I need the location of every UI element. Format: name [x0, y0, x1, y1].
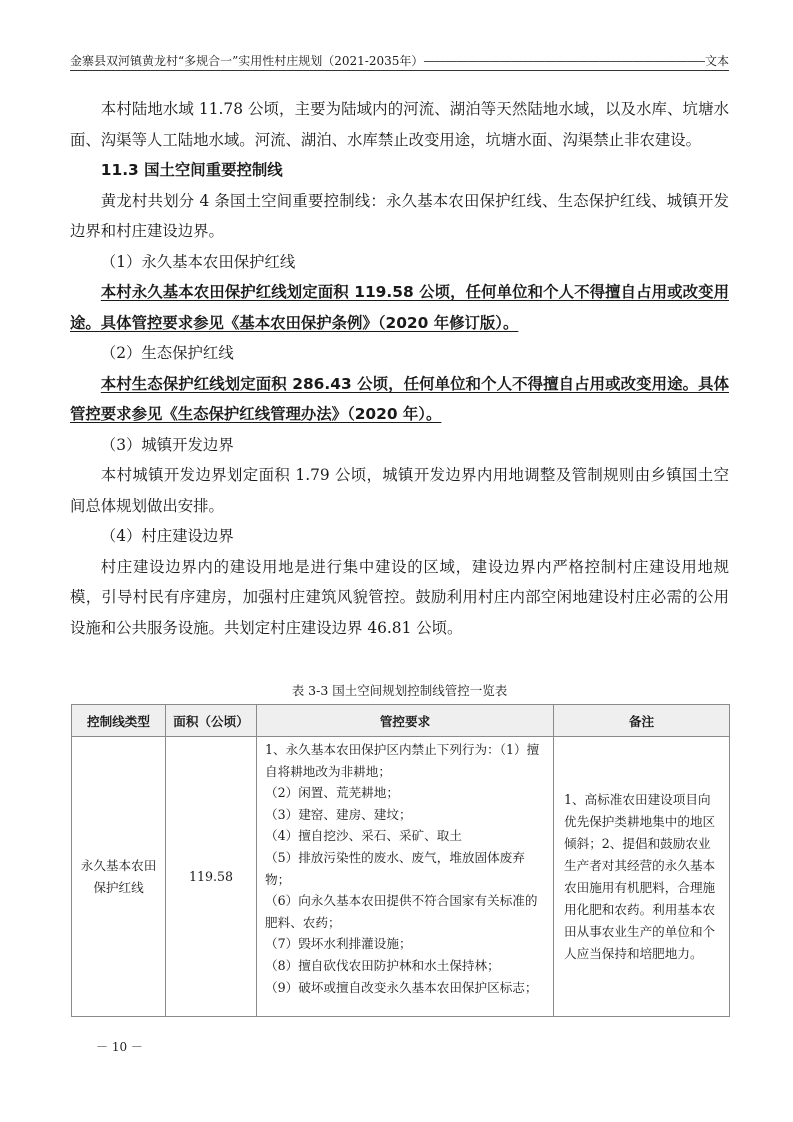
requirement-item: （4）擅自挖沙、采石、采矿、取土 [265, 825, 547, 847]
requirement-item: （8）擅自砍伐农田防护林和水土保持林； [265, 955, 547, 977]
running-header: 金寨县双河镇黄龙村“多规合一”实用性村庄规划（2021-2035年） —————… [70, 52, 729, 71]
paragraph-intro: 黄龙村共划分 4 条国土空间重要控制线：永久基本农田保护红线、生态保护红线、城镇… [70, 186, 729, 247]
section-label: 文本 [705, 52, 729, 70]
requirement-item: （2）闲置、荒芜耕地； [265, 782, 547, 804]
requirement-item: （5）排放污染性的废水、废气，堆放固体废弃物； [265, 847, 547, 890]
column-header-notes: 备注 [554, 705, 730, 737]
cell-notes: 1、高标准农田建设项目向优先保护类耕地集中的地区倾斜；2、提倡和鼓励农业生产者对… [554, 737, 730, 1017]
requirement-item: （7）毁坏水利排灌设施； [265, 933, 547, 955]
section-heading: 11.3 国土空间重要控制线 [70, 155, 729, 186]
page-number: － 10 － [96, 1038, 143, 1055]
page-body: 本村陆地水域 11.78 公顷，主要为陆域内的河流、湖泊等天然陆地水域，以及水库… [70, 94, 729, 643]
subheading-village-boundary: （4）村庄建设边界 [70, 521, 729, 552]
control-lines-table: 控制线类型 面积（公顷） 管控要求 备注 永久基本农田保护红线 119.58 1… [71, 704, 730, 1017]
requirement-item: （9）破坏或擅自改变永久基本农田保护区标志； [265, 977, 547, 999]
table-caption: 表 3-3 国土空间规划控制线管控一览表 [70, 682, 729, 700]
cell-area: 119.58 [166, 737, 257, 1017]
cell-type-text: 永久基本农田保护红线 [81, 858, 157, 895]
subheading-ecological: （2）生态保护红线 [70, 338, 729, 369]
subheading-urban-boundary: （3）城镇开发边界 [70, 430, 729, 461]
paragraph-village-boundary: 村庄建设边界内的建设用地是进行集中建设的区域，建设边界内严格控制村庄建设用地规模… [70, 552, 729, 644]
paragraph-water: 本村陆地水域 11.78 公顷，主要为陆域内的河流、湖泊等天然陆地水域，以及水库… [70, 94, 729, 155]
document-title: 金寨县双河镇黄龙村“多规合一”实用性村庄规划（2021-2035年） [70, 52, 423, 70]
table-header-row: 控制线类型 面积（公顷） 管控要求 备注 [72, 705, 730, 737]
requirement-item: （3）建窑、建房、建坟； [265, 804, 547, 826]
header-rule: —————————————————————————————————————— [423, 52, 705, 70]
column-header-type: 控制线类型 [72, 705, 166, 737]
cell-requirements: 1、永久基本农田保护区内禁止下列行为：（1）擅自将耕地改为非耕地； （2）闲置、… [257, 737, 554, 1017]
farmland-emphasis: 本村永久基本农田保护红线划定面积 119.58 公顷，任何单位和个人不得擅自占用… [70, 283, 729, 332]
cell-type: 永久基本农田保护红线 [72, 737, 166, 1017]
ecological-emphasis: 本村生态保护红线划定面积 286.43 公顷，任何单位和个人不得擅自占用或改变用… [70, 375, 729, 424]
paragraph-farmland: 本村永久基本农田保护红线划定面积 119.58 公顷，任何单位和个人不得擅自占用… [70, 277, 729, 338]
column-header-area: 面积（公顷） [166, 705, 257, 737]
subheading-farmland: （1）永久基本农田保护红线 [70, 247, 729, 278]
column-header-requirements: 管控要求 [257, 705, 554, 737]
requirement-item: 1、永久基本农田保护区内禁止下列行为：（1）擅自将耕地改为非耕地； [265, 739, 547, 782]
requirement-item: （6）向永久基本农田提供不符合国家有关标准的肥料、农药； [265, 890, 547, 933]
table-row: 永久基本农田保护红线 119.58 1、永久基本农田保护区内禁止下列行为：（1）… [72, 737, 730, 1017]
paragraph-ecological: 本村生态保护红线划定面积 286.43 公顷，任何单位和个人不得擅自占用或改变用… [70, 369, 729, 430]
paragraph-urban-boundary: 本村城镇开发边界划定面积 1.79 公顷，城镇开发边界内用地调整及管制规则由乡镇… [70, 460, 729, 521]
